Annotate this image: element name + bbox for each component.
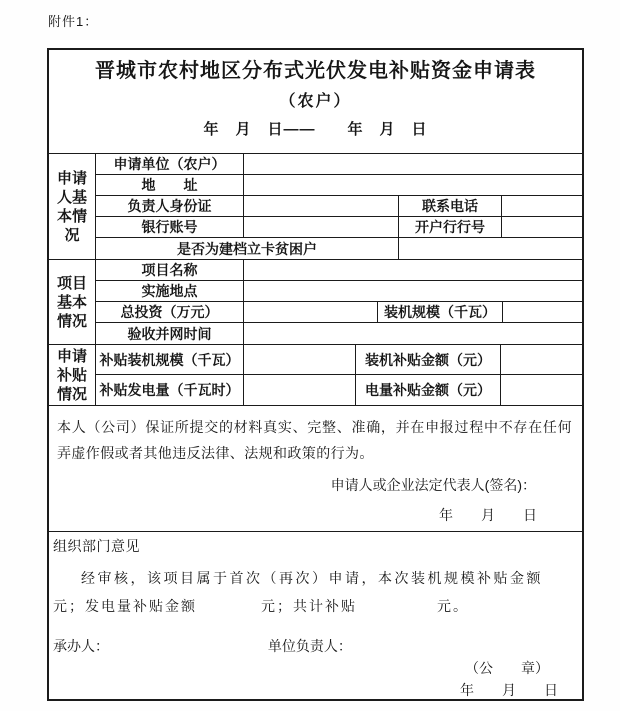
attachment-label: 附件1：	[48, 11, 98, 30]
bank-branch-value-cell	[502, 217, 582, 237]
poverty-status-value-cell	[399, 238, 582, 259]
generation-subsidy-amount-value-cell	[501, 375, 582, 405]
declaration-date-line: 年 月 日	[57, 505, 572, 525]
subsidy-generation-label: 补贴发电量（千瓦时）	[96, 375, 244, 405]
bank-account-value-cell	[244, 217, 399, 237]
unit-head-label: 单位负责人：	[268, 638, 352, 654]
row-bank-account: 银行账号 开户行行号	[96, 217, 582, 238]
applicant-unit-label: 申请单位（农户）	[96, 154, 244, 174]
address-value-cell	[244, 175, 582, 195]
generation-subsidy-amount-label: 电量补贴金额（元）	[356, 375, 501, 405]
row-project-location: 实施地点	[96, 281, 582, 302]
investment-label: 总投资（万元）	[96, 302, 244, 322]
row-subsidy-capacity: 补贴装机规模（千瓦） 装机补贴金额（元）	[96, 345, 582, 375]
section-title-text: 申请补贴情况	[57, 347, 87, 404]
row-id-card: 负责人身份证 联系电话	[96, 196, 582, 217]
phone-value-cell	[502, 196, 582, 216]
scanned-form-page: 附件1： 晋城市农村地区分布式光伏发电补贴资金申请表 （农户） 年 月 日—— …	[0, 0, 620, 711]
subsidy-capacity-label: 补贴装机规模（千瓦）	[96, 345, 244, 374]
form-title: 晋城市农村地区分布式光伏发电补贴资金申请表	[49, 58, 582, 84]
project-rows: 项目名称 实施地点 总投资（万元） 装机规模（千瓦） 验收并网时间	[96, 260, 582, 344]
row-grid-connection-time: 验收并网时间	[96, 323, 582, 344]
row-subsidy-generation: 补贴发电量（千瓦时） 电量补贴金额（元）	[96, 375, 582, 405]
form-date-range: 年 月 日—— 年 月 日	[49, 121, 582, 139]
declaration-section: 本人（公司）保证所提交的材料真实、完整、准确，并在申报过程中不存在任何弄虚作假或…	[49, 406, 582, 532]
official-seal-label: （公 章）	[53, 658, 572, 678]
capacity-subsidy-amount-label: 装机补贴金额（元）	[356, 345, 501, 374]
capacity-subsidy-amount-value-cell	[501, 345, 582, 374]
form-header: 晋城市农村地区分布式光伏发电补贴资金申请表 （农户） 年 月 日—— 年 月 日	[49, 50, 582, 154]
org-opinion-section: 组织部门意见 经审核，该项目属于首次（再次）申请，本次装机规模补贴金额 元；发电…	[49, 532, 582, 699]
section-project-info: 项目基本情况 项目名称 实施地点 总投资（万元） 装机规模（千瓦）	[49, 260, 582, 345]
row-project-name: 项目名称	[96, 260, 582, 281]
row-applicant-unit: 申请单位（农户）	[96, 154, 582, 175]
project-location-value-cell	[244, 281, 582, 301]
declaration-text: 本人（公司）保证所提交的材料真实、完整、准确，并在申报过程中不存在任何弄虚作假或…	[57, 414, 572, 466]
installed-capacity-label: 装机规模（千瓦）	[378, 302, 503, 322]
section-title-text: 申请人基本情况	[57, 169, 87, 245]
subsidy-rows: 补贴装机规模（千瓦） 装机补贴金额（元） 补贴发电量（千瓦时） 电量补贴金额（元…	[96, 345, 582, 405]
installed-capacity-value-cell	[503, 302, 582, 322]
applicant-unit-value-cell	[244, 154, 582, 174]
handler-label: 承办人：	[53, 638, 109, 654]
phone-label: 联系电话	[399, 196, 502, 216]
signature-label: 申请人或企业法定代表人(签名)：	[57, 475, 572, 495]
project-name-value-cell	[244, 260, 582, 280]
section-applicant-info: 申请人基本情况 申请单位（农户） 地 址 负责人身份证 联系电话	[49, 154, 582, 260]
org-date-line: 年 月 日	[53, 680, 572, 699]
project-name-label: 项目名称	[96, 260, 244, 280]
investment-value-cell	[244, 302, 378, 322]
form-subtitle: （农户）	[49, 93, 582, 111]
section-title-text: 项目基本情况	[57, 274, 87, 331]
bank-branch-label: 开户行行号	[399, 217, 502, 237]
project-location-label: 实施地点	[96, 281, 244, 301]
section-subsidy-application: 申请补贴情况 补贴装机规模（千瓦） 装机补贴金额（元） 补贴发电量（千瓦时） 电…	[49, 345, 582, 406]
grid-connection-time-value-cell	[244, 323, 582, 344]
org-review-line1: 经审核，该项目属于首次（再次）申请，本次装机规模补贴金额	[53, 568, 572, 588]
row-poverty-status: 是否为建档立卡贫困户	[96, 238, 582, 259]
id-card-value-cell	[244, 196, 399, 216]
poverty-status-label: 是否为建档立卡贫困户	[96, 238, 399, 259]
application-form-table: 晋城市农村地区分布式光伏发电补贴资金申请表 （农户） 年 月 日—— 年 月 日…	[47, 48, 584, 701]
org-handlers-line: 承办人： 单位负责人：	[53, 636, 572, 656]
bank-account-label: 银行账号	[96, 217, 244, 237]
row-address: 地 址	[96, 175, 582, 196]
subsidy-capacity-value-cell	[244, 345, 356, 374]
org-review-line2: 元；发电量补贴金额 元；共计补贴 元。	[53, 596, 572, 616]
address-label: 地 址	[96, 175, 244, 195]
subsidy-generation-value-cell	[244, 375, 356, 405]
row-investment: 总投资（万元） 装机规模（千瓦）	[96, 302, 582, 323]
id-card-label: 负责人身份证	[96, 196, 244, 216]
applicant-rows: 申请单位（农户） 地 址 负责人身份证 联系电话 银行账号 开户行行号	[96, 154, 582, 259]
grid-connection-time-label: 验收并网时间	[96, 323, 244, 344]
section-title-project: 项目基本情况	[49, 260, 96, 344]
org-opinion-title: 组织部门意见	[53, 536, 572, 556]
section-title-applicant: 申请人基本情况	[49, 154, 96, 259]
section-title-subsidy: 申请补贴情况	[49, 345, 96, 405]
